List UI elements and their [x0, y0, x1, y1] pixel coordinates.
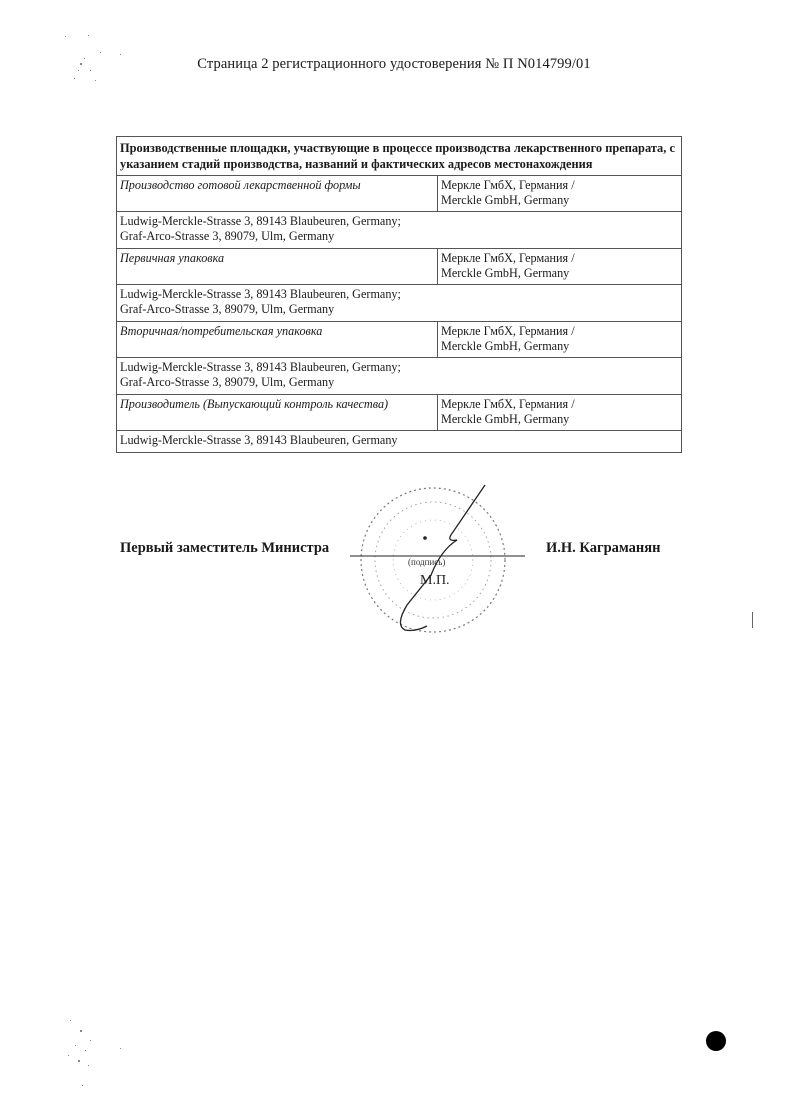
address-line: Ludwig-Merckle-Strasse 3, 89143 Blaubeur… [120, 433, 678, 448]
address-line: Ludwig-Merckle-Strasse 3, 89143 Blaubeur… [120, 360, 678, 375]
address-row: Ludwig-Merckle-Strasse 3, 89143 Blaubeur… [117, 285, 682, 322]
stage-label: Производитель (Выпускающий контроль каче… [117, 395, 438, 431]
stage-row: Первичная упаковка Меркле ГмбХ, Германия… [117, 249, 682, 285]
manufacturer-cell: Меркле ГмбХ, Германия / Merckle GmbH, Ge… [438, 176, 682, 212]
address-line: Ludwig-Merckle-Strasse 3, 89143 Blaubeur… [120, 287, 678, 302]
manufacturer-ru: Меркле ГмбХ, Германия / [441, 324, 678, 339]
address-line: Graf-Arco-Strasse 3, 89079, Ulm, Germany [120, 375, 678, 390]
manufacturer-en: Merckle GmbH, Germany [441, 412, 678, 427]
stage-row: Вторичная/потребительская упаковка Меркл… [117, 322, 682, 358]
manufacturer-ru: Меркле ГмбХ, Германия / [441, 251, 678, 266]
manufacturer-cell: Меркле ГмбХ, Германия / Merckle GmbH, Ge… [438, 322, 682, 358]
margin-mark [752, 612, 753, 628]
scan-noise-icon [60, 30, 140, 100]
address-row: Ludwig-Merckle-Strasse 3, 89143 Blaubeur… [117, 212, 682, 249]
address-row: Ludwig-Merckle-Strasse 3, 89143 Blaubeur… [117, 431, 682, 453]
scan-noise-icon [60, 1000, 130, 1100]
stamp-mark: М.П. [420, 573, 450, 589]
manufacturer-ru: Меркле ГмбХ, Германия / [441, 178, 678, 193]
stage-row: Производитель (Выпускающий контроль каче… [117, 395, 682, 431]
address-cell: Ludwig-Merckle-Strasse 3, 89143 Blaubeur… [117, 358, 682, 395]
stamp-caption: (подпись) [408, 557, 445, 567]
signer-title: Первый заместитель Министра [120, 540, 329, 557]
address-cell: Ludwig-Merckle-Strasse 3, 89143 Blaubeur… [117, 431, 682, 453]
stage-label: Производство готовой лекарственной формы [117, 176, 438, 212]
punch-hole-dot-icon [706, 1031, 726, 1051]
manufacturer-cell: Меркле ГмбХ, Германия / Merckle GmbH, Ge… [438, 249, 682, 285]
production-sites-table: Производственные площадки, участвующие в… [116, 136, 682, 453]
manufacturer-cell: Меркле ГмбХ, Германия / Merckle GmbH, Ge… [438, 395, 682, 431]
signer-name: И.Н. Каграманян [546, 540, 661, 557]
address-line: Graf-Arco-Strasse 3, 89079, Ulm, Germany [120, 229, 678, 244]
address-cell: Ludwig-Merckle-Strasse 3, 89143 Blaubeur… [117, 285, 682, 322]
manufacturer-ru: Меркле ГмбХ, Германия / [441, 397, 678, 412]
stage-row: Производство готовой лекарственной формы… [117, 176, 682, 212]
manufacturer-en: Merckle GmbH, Germany [441, 193, 678, 208]
table-heading: Производственные площадки, участвующие в… [117, 137, 682, 176]
address-line: Graf-Arco-Strasse 3, 89079, Ulm, Germany [120, 302, 678, 317]
address-cell: Ludwig-Merckle-Strasse 3, 89143 Blaubeur… [117, 212, 682, 249]
manufacturer-en: Merckle GmbH, Germany [441, 266, 678, 281]
address-row: Ludwig-Merckle-Strasse 3, 89143 Blaubeur… [117, 358, 682, 395]
table-heading-row: Производственные площадки, участвующие в… [117, 137, 682, 176]
stage-label: Первичная упаковка [117, 249, 438, 285]
manufacturer-en: Merckle GmbH, Germany [441, 339, 678, 354]
address-line: Ludwig-Merckle-Strasse 3, 89143 Blaubeur… [120, 214, 678, 229]
stage-label: Вторичная/потребительская упаковка [117, 322, 438, 358]
